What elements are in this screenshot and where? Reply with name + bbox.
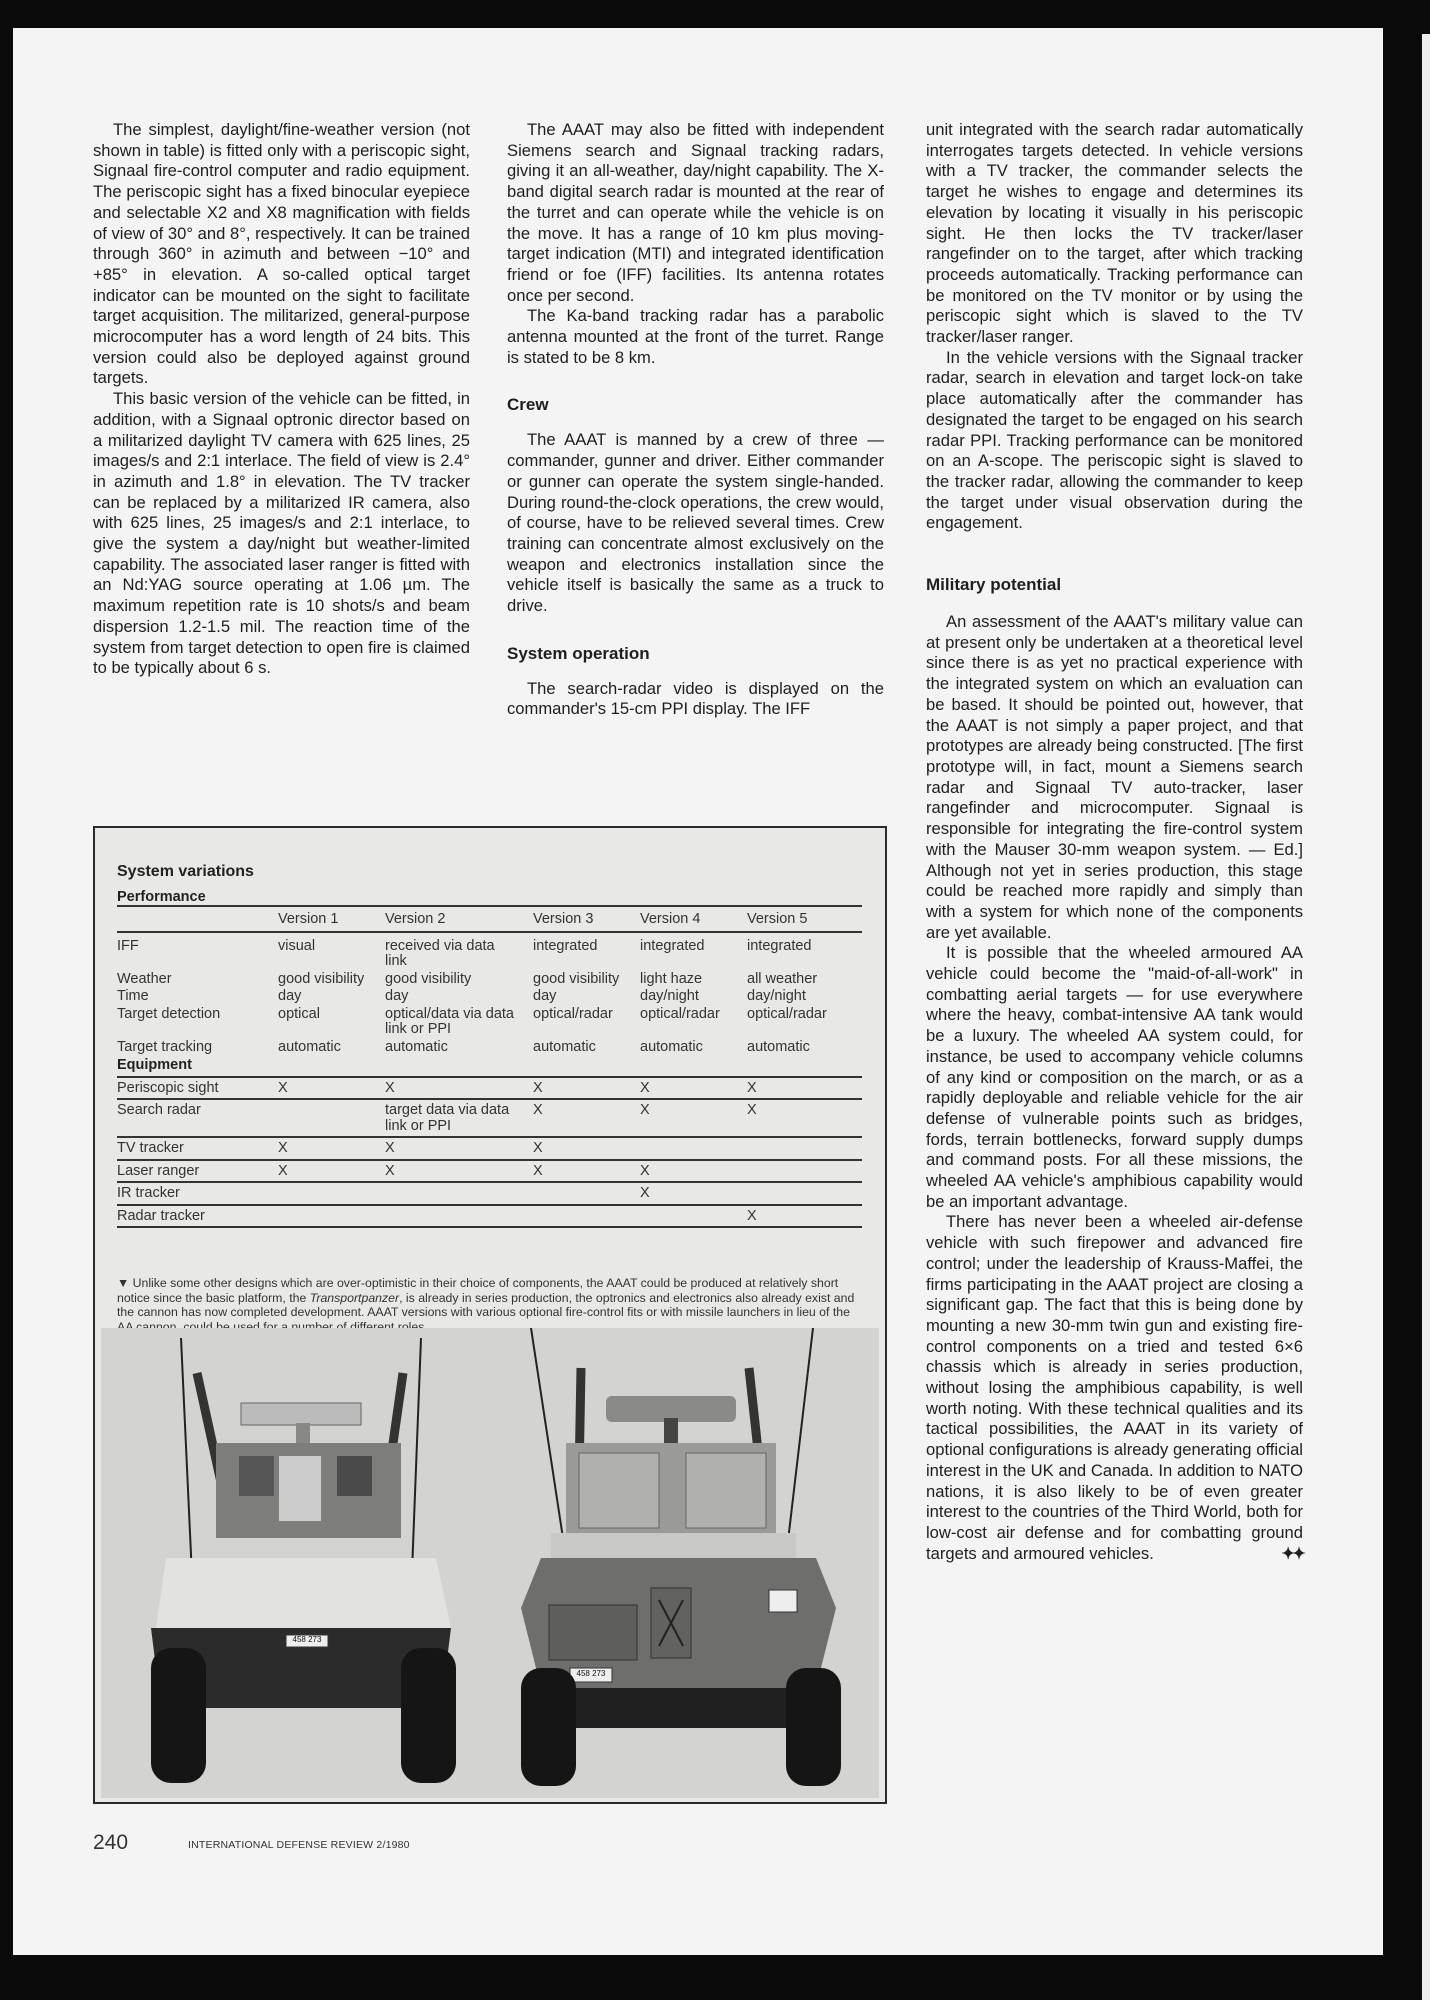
table-cell: automatic [278,1038,385,1056]
system-variations-table-wrap: System variations Performance Version 1 … [117,864,862,1228]
table-cell: target data via data link or PPI [385,1099,533,1137]
table-cell: good visibility [385,970,533,988]
table-cell: X [533,1077,640,1100]
row-label: Search radar [117,1099,278,1137]
photo-caption: ▼ Unlike some other designs which are ov… [117,1276,862,1335]
right-license-plate: 458 273 [571,1669,611,1678]
table-cell: day [278,987,385,1005]
row-label: Target tracking [117,1038,278,1056]
paragraph-text: There has never been a wheeled air-defen… [926,1212,1303,1562]
paragraph: unit integrated with the search radar au… [926,120,1303,348]
column-header: Version 2 [385,906,533,932]
table-cell: X [747,1099,862,1137]
column-3: unit integrated with the search radar au… [926,120,1303,1564]
table-cell: automatic [747,1038,862,1056]
table-cell [640,1137,747,1160]
table-cell [640,1205,747,1228]
page-number: 240 [93,1831,128,1855]
table-cell: automatic [533,1038,640,1056]
row-label: TV tracker [117,1137,278,1160]
table-cell [385,1182,533,1205]
column-header: Version 4 [640,906,747,932]
table-cell: optical/radar [533,1005,640,1038]
table-cell: X [533,1099,640,1137]
table-cell: X [640,1160,747,1183]
table-cell: X [640,1077,747,1100]
table-cell [385,1205,533,1228]
performance-label: Performance [117,890,862,906]
table-cell [747,1137,862,1160]
row-label: Time [117,987,278,1005]
table-cell: X [640,1099,747,1137]
section-heading-military-potential: Military potential [926,574,1303,596]
paragraph: The Ka-band tracking radar has a parabol… [507,306,884,368]
table-cell: integrated [640,932,747,970]
table-cell: day/night [747,987,862,1005]
table-cell: X [533,1137,640,1160]
table-cell: good visibility [278,970,385,988]
row-label: Radar tracker [117,1205,278,1228]
table-cell: X [640,1182,747,1205]
paragraph: In the vehicle versions with the Signaal… [926,348,1303,534]
table-cell: X [385,1077,533,1100]
table-cell [278,1182,385,1205]
caption-italic: Transportpanzer [310,1291,399,1305]
table-cell: integrated [747,932,862,970]
paragraph: An assessment of the AAAT's military val… [926,612,1303,943]
table-cell: automatic [640,1038,747,1056]
table-cell: optical/radar [747,1005,862,1038]
table-cell [533,1182,640,1205]
paragraph: The AAAT is manned by a crew of three — … [507,430,884,616]
table-title: System variations [117,864,862,880]
table-cell: optical/data via data link or PPI [385,1005,533,1038]
table-cell [278,1205,385,1228]
table-cell: light haze [640,970,747,988]
equipment-label: Equipment [117,1055,862,1077]
section-heading-system-operation: System operation [507,643,884,665]
table-cell: optical/radar [640,1005,747,1038]
next-page-edge [1422,34,1430,2000]
table-header-row: Version 1 Version 2 Version 3 Version 4 … [117,906,862,932]
paragraph: The search-radar video is displayed on t… [507,679,884,720]
column-header: Version 5 [747,906,862,932]
table-cell: day [385,987,533,1005]
paragraph: This basic version of the vehicle can be… [93,389,470,679]
table-row: Target detection optical optical/data vi… [117,1005,862,1038]
table-cell: X [278,1137,385,1160]
end-mark-icon: ✦✦ [1261,1544,1303,1565]
table-cell: X [385,1137,533,1160]
table-row: Periscopic sight X X X X X [117,1077,862,1100]
system-variations-box: System variations Performance Version 1 … [93,826,887,1804]
row-label: Weather [117,970,278,988]
table-row: IR tracker X [117,1182,862,1205]
row-label: IFF [117,932,278,970]
paragraph: There has never been a wheeled air-defen… [926,1212,1303,1564]
table-row: Time day day day day/night day/night [117,987,862,1005]
row-label: Periscopic sight [117,1077,278,1100]
table-cell: X [385,1160,533,1183]
table-cell: X [747,1205,862,1228]
table-cell: day [533,987,640,1005]
row-label: Laser ranger [117,1160,278,1183]
column-2: The AAAT may also be fitted with indepen… [507,120,884,720]
table-row: Search radar target data via data link o… [117,1099,862,1137]
table-cell: received via data link [385,932,533,970]
table-cell: automatic [385,1038,533,1056]
row-label: IR tracker [117,1182,278,1205]
paragraph: The simplest, daylight/fine-weather vers… [93,120,470,389]
aaat-vehicle-front-rear-photo [101,1328,879,1798]
table-cell: X [747,1077,862,1100]
table-row: Laser ranger X X X X [117,1160,862,1183]
equipment-header-row: Equipment [117,1055,862,1077]
table-row: Radar tracker X [117,1205,862,1228]
table-row: Target tracking automatic automatic auto… [117,1038,862,1056]
table-cell: X [278,1077,385,1100]
vehicle-photos: 458 273 458 273 [101,1328,879,1798]
left-license-plate: 458 273 [287,1635,327,1644]
performance-table: Version 1 Version 2 Version 3 Version 4 … [117,905,862,1228]
table-cell: optical [278,1005,385,1038]
table-cell [533,1205,640,1228]
table-cell: X [278,1160,385,1183]
table-row: TV tracker X X X [117,1137,862,1160]
journal-title: INTERNATIONAL DEFENSE REVIEW 2/1980 [188,1839,410,1851]
section-heading-crew: Crew [507,394,884,416]
paragraph: It is possible that the wheeled armoured… [926,943,1303,1212]
table-cell: all weather [747,970,862,988]
table-cell [747,1160,862,1183]
table-row: IFF visual received via data link integr… [117,932,862,970]
column-header: Version 1 [278,906,385,932]
table-cell: integrated [533,932,640,970]
table-cell: visual [278,932,385,970]
column-header: Version 3 [533,906,640,932]
row-label: Target detection [117,1005,278,1038]
column-header [117,906,278,932]
column-1: The simplest, daylight/fine-weather vers… [93,120,470,679]
caption-marker-icon: ▼ [117,1276,129,1290]
table-cell: good visibility [533,970,640,988]
table-cell: X [533,1160,640,1183]
paragraph: The AAAT may also be fitted with indepen… [507,120,884,306]
table-cell: day/night [640,987,747,1005]
table-cell [278,1099,385,1137]
table-row: Weather good visibility good visibility … [117,970,862,988]
table-cell [747,1182,862,1205]
